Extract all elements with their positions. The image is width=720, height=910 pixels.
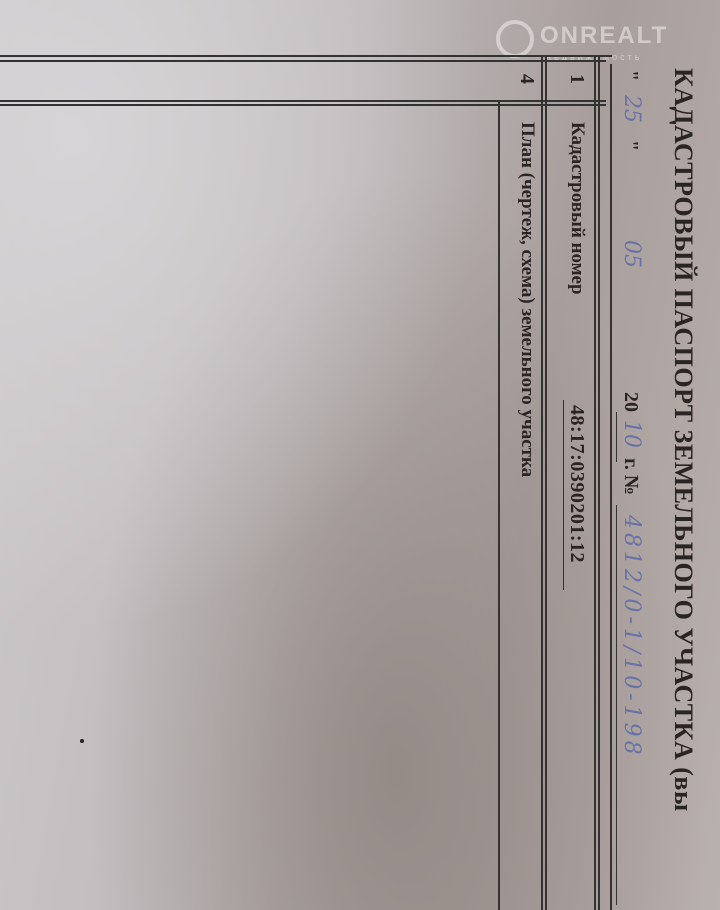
number-underline <box>616 505 617 905</box>
year-underline <box>616 412 617 462</box>
date-close-quote: " <box>619 140 642 151</box>
frame-line <box>610 64 612 910</box>
date-year-suffix: г. № <box>619 458 642 495</box>
column-line <box>498 100 500 910</box>
ink-speck <box>80 739 84 743</box>
document-photo: ONREALT недвижимость КАДАСТРОВЫЙ ПАСПОРТ… <box>0 0 720 910</box>
row-separator <box>0 100 606 102</box>
row-1-label: Кадастровый номер <box>566 122 588 295</box>
cadastral-number: 48:17:0390201:12 <box>565 405 588 563</box>
row-4-label: План (чертеж, схема) земельного участка <box>516 122 538 477</box>
row-divider-inner <box>545 55 547 910</box>
table-edge <box>594 55 596 910</box>
row-4-number: 4 <box>515 74 538 84</box>
date-year-prefix: 20 <box>619 392 642 412</box>
watermark: ONREALT недвижимость <box>500 22 668 50</box>
house-logo-icon <box>496 20 534 58</box>
date-month-handwritten: 05 <box>619 240 644 268</box>
date-year-handwritten: 10 <box>619 420 644 448</box>
document-number-handwritten: 4812/0-1/10-198 <box>619 515 644 759</box>
date-open-quote: " <box>619 70 642 81</box>
document-title: КАДАСТРОВЫЙ ПАСПОРТ ЗЕМЕЛЬНОГО УЧАСТКА (… <box>668 68 698 812</box>
row-divider <box>541 55 543 910</box>
row-separator-inner <box>0 104 606 106</box>
date-day-handwritten: 25 <box>619 95 644 123</box>
table-border-top <box>0 55 612 57</box>
table-border-top-inner <box>0 60 606 62</box>
row-1-number: 1 <box>565 74 588 84</box>
watermark-brand: ONREALT <box>540 22 668 49</box>
value-underline <box>563 400 564 590</box>
table-edge-inner <box>598 55 600 910</box>
